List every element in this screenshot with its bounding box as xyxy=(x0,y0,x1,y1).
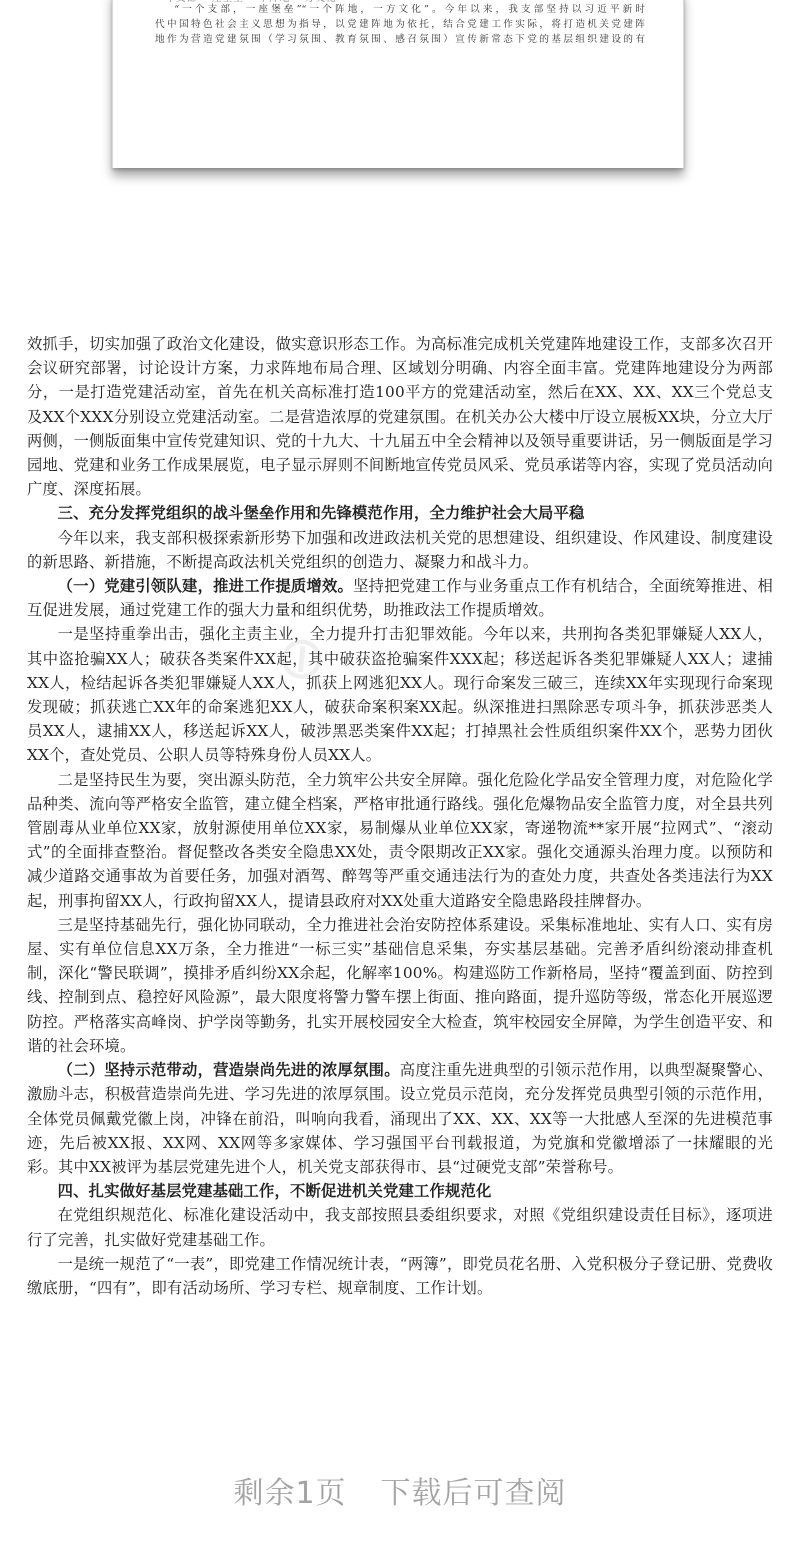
paragraph-standardization: 在党组织规范化、标准化建设活动中，我支部按照县委组织要求，对照《党组织建设责任目… xyxy=(27,1203,773,1251)
subsection-2-title: （二）坚持示范带动，营造崇尚先进的浓厚氛围。 xyxy=(58,1061,400,1079)
download-hint-label: 下载后可查阅 xyxy=(381,1476,567,1511)
remaining-pages-label: 剩余1页 xyxy=(233,1476,346,1511)
preview-line-3: 地作为营造党建氛围（学习氛围、教育氛围、感召氛围）宣传新常态下党的基层组织建设的… xyxy=(155,32,645,47)
preview-line-1: “一个支部，一座堡垒”“一个阵地，一方文化”。今年以来，我支部坚持以习近平新时 xyxy=(155,2,645,17)
paragraph-crime-crackdown: 一是坚持重拳出击，强化主责主业，全力提升打击犯罪效能。今年以来，共刑拘各类犯罪嫌… xyxy=(27,622,773,767)
subsection-1: （一）党建引领队建，推进工作提质增效。坚持把党建工作与业务重点工作有机结合，全面… xyxy=(27,574,773,622)
page-preview-text: 一个支部 一座堡垒 一个阵地 一方文化 “一个支部，一座堡垒”“一个阵地，一方文… xyxy=(155,0,645,47)
section-heading-4: 四、扎实做好基层党建基础工作，不断促进机关党建工作规范化 xyxy=(27,1179,773,1203)
document-body: 效抓手，切实加强了政治文化建设，做实意识形态工作。为高标准完成机关党建阵地建设工… xyxy=(27,332,773,1300)
subsection-2: （二）坚持示范带动，营造崇尚先进的浓厚氛围。高度注重先进典型的引领示范作用，以典… xyxy=(27,1058,773,1179)
paragraph-basic-security: 三是坚持基础先行，强化协同联动，全力推进社会治安防控体系建设。采集标准地址、实有… xyxy=(27,913,773,1058)
subsection-1-title: （一）党建引领队建，推进工作提质增效。 xyxy=(58,577,354,595)
section-heading-3: 三、充分发挥党组织的战斗堡垒作用和先锋模范作用，全力维护社会大局平稳 xyxy=(27,501,773,525)
paragraph-public-safety: 二是坚持民生为要，突出源头防范，全力筑牢公共安全屏障。强化危险化学品安全管理力度… xyxy=(27,768,773,913)
download-to-view-notice[interactable]: 剩余1页下载后可查阅 xyxy=(0,1468,800,1512)
paragraph-one-table-two-books: 一是统一规范了“一表”，即党建工作情况统计表，“两簿”，即党员花名册、入党积极分… xyxy=(27,1252,773,1300)
paragraph-intro-3: 今年以来，我支部积极探索新形势下加强和改进政法机关党的思想建设、组织建设、作风建… xyxy=(27,526,773,574)
paragraph-party-base: 效抓手，切实加强了政治文化建设，做实意识形态工作。为高标准完成机关党建阵地建设工… xyxy=(27,332,773,501)
preview-line-2: 代中国特色社会主义思想为指导，以党建阵地为依托，结合党建工作实际，将打造机关党建… xyxy=(155,17,645,32)
